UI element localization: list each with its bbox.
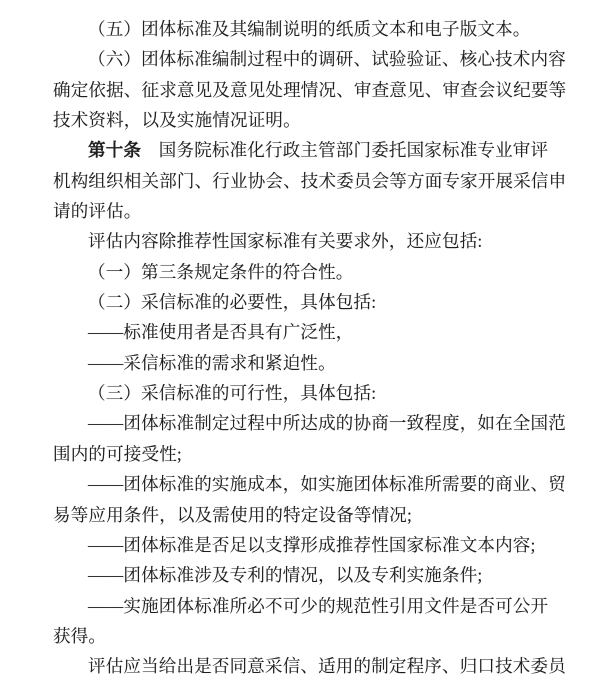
line-text: （三）采信标准的可行性，具体包括: — [88, 383, 376, 403]
text-line: 请的评估。 — [53, 196, 572, 226]
line-text: ——采信标准的需求和紧迫性。 — [88, 353, 336, 373]
line-text: 请的评估。 — [53, 201, 142, 221]
text-line-article-heading: 第十条 国务院标准化行政主管部门委托国家标准专业审评 — [53, 135, 572, 165]
text-line: 评估内容除推荐性国家标准有关要求外，还应包括: — [53, 226, 572, 256]
text-line: （一）第三条规定条件的符合性。 — [53, 257, 572, 287]
text-line: ——采信标准的需求和紧迫性。 — [53, 348, 572, 378]
text-line: 获得。 — [53, 621, 572, 651]
text-line: （二）采信标准的必要性，具体包括: — [53, 287, 572, 317]
line-text: （二）采信标准的必要性，具体包括: — [88, 292, 376, 312]
line-text: 围内的可接受性; — [53, 444, 182, 464]
line-text: （一）第三条规定条件的符合性。 — [88, 262, 354, 282]
text-line: ——实施团体标准所必不可少的规范性引用文件是否可公开 — [53, 591, 572, 621]
text-line: 易等应用条件，以及需使用的特定设备等情况; — [53, 500, 572, 530]
line-text: 确定依据、征求意见及意见处理情况、审查意见、审查会议纪要等 — [53, 80, 566, 100]
text-line: 技术资料，以及实施情况证明。 — [53, 105, 572, 135]
line-text: ——团体标准涉及专利的情况，以及专利实施条件; — [88, 565, 482, 585]
line-text: ——团体标准制定过程中所达成的协商一致程度，如在全国范 — [88, 413, 566, 433]
article-number-bold: 第十条 — [88, 140, 141, 160]
line-text: 获得。 — [53, 626, 106, 646]
line-text: ——实施团体标准所必不可少的规范性引用文件是否可公开 — [88, 596, 548, 616]
line-text: 机构组织相关部门、行业协会、技术委员会等方面专家开展采信申 — [53, 171, 566, 191]
text-line: 围内的可接受性; — [53, 439, 572, 469]
line-text: 技术资料，以及实施情况证明。 — [53, 110, 301, 130]
text-line: （六）团体标准编制过程中的调研、试验验证、核心技术内容 — [53, 44, 572, 74]
line-text: ——标准使用者是否具有广泛性， — [88, 322, 354, 342]
line-text: 评估内容除推荐性国家标准有关要求外，还应包括: — [88, 231, 482, 251]
text-line: 确定依据、征求意见及意见处理情况、审查意见、审查会议纪要等 — [53, 75, 572, 105]
text-line: ——团体标准制定过程中所达成的协商一致程度，如在全国范 — [53, 408, 572, 438]
line-text: 评估应当给出是否同意采信、适用的制定程序、归口技术委员 — [88, 656, 566, 676]
document-page: （五）团体标准及其编制说明的纸质文本和电子版文本。 （六）团体标准编制过程中的调… — [0, 0, 600, 685]
line-text: ——团体标准的实施成本，如实施团体标准所需要的商业、贸 — [88, 474, 566, 494]
text-line: （三）采信标准的可行性，具体包括: — [53, 378, 572, 408]
text-line: ——团体标准涉及专利的情况，以及专利实施条件; — [53, 560, 572, 590]
line-text: ——团体标准是否足以支撑形成推荐性国家标准文本内容; — [88, 535, 536, 555]
text-line: ——团体标准是否足以支撑形成推荐性国家标准文本内容; — [53, 530, 572, 560]
line-text: 易等应用条件，以及需使用的特定设备等情况; — [53, 505, 412, 525]
text-line: （五）团体标准及其编制说明的纸质文本和电子版文本。 — [53, 14, 572, 44]
text-line: 评估应当给出是否同意采信、适用的制定程序、归口技术委员 — [53, 651, 572, 681]
line-text: （六）团体标准编制过程中的调研、试验验证、核心技术内容 — [88, 49, 566, 69]
text-line: 机构组织相关部门、行业协会、技术委员会等方面专家开展采信申 — [53, 166, 572, 196]
text-line: ——团体标准的实施成本，如实施团体标准所需要的商业、贸 — [53, 469, 572, 499]
line-text: （五）团体标准及其编制说明的纸质文本和电子版文本。 — [88, 19, 531, 39]
line-text: 国务院标准化行政主管部门委托国家标准专业审评 — [141, 140, 548, 160]
text-line: ——标准使用者是否具有广泛性， — [53, 317, 572, 347]
